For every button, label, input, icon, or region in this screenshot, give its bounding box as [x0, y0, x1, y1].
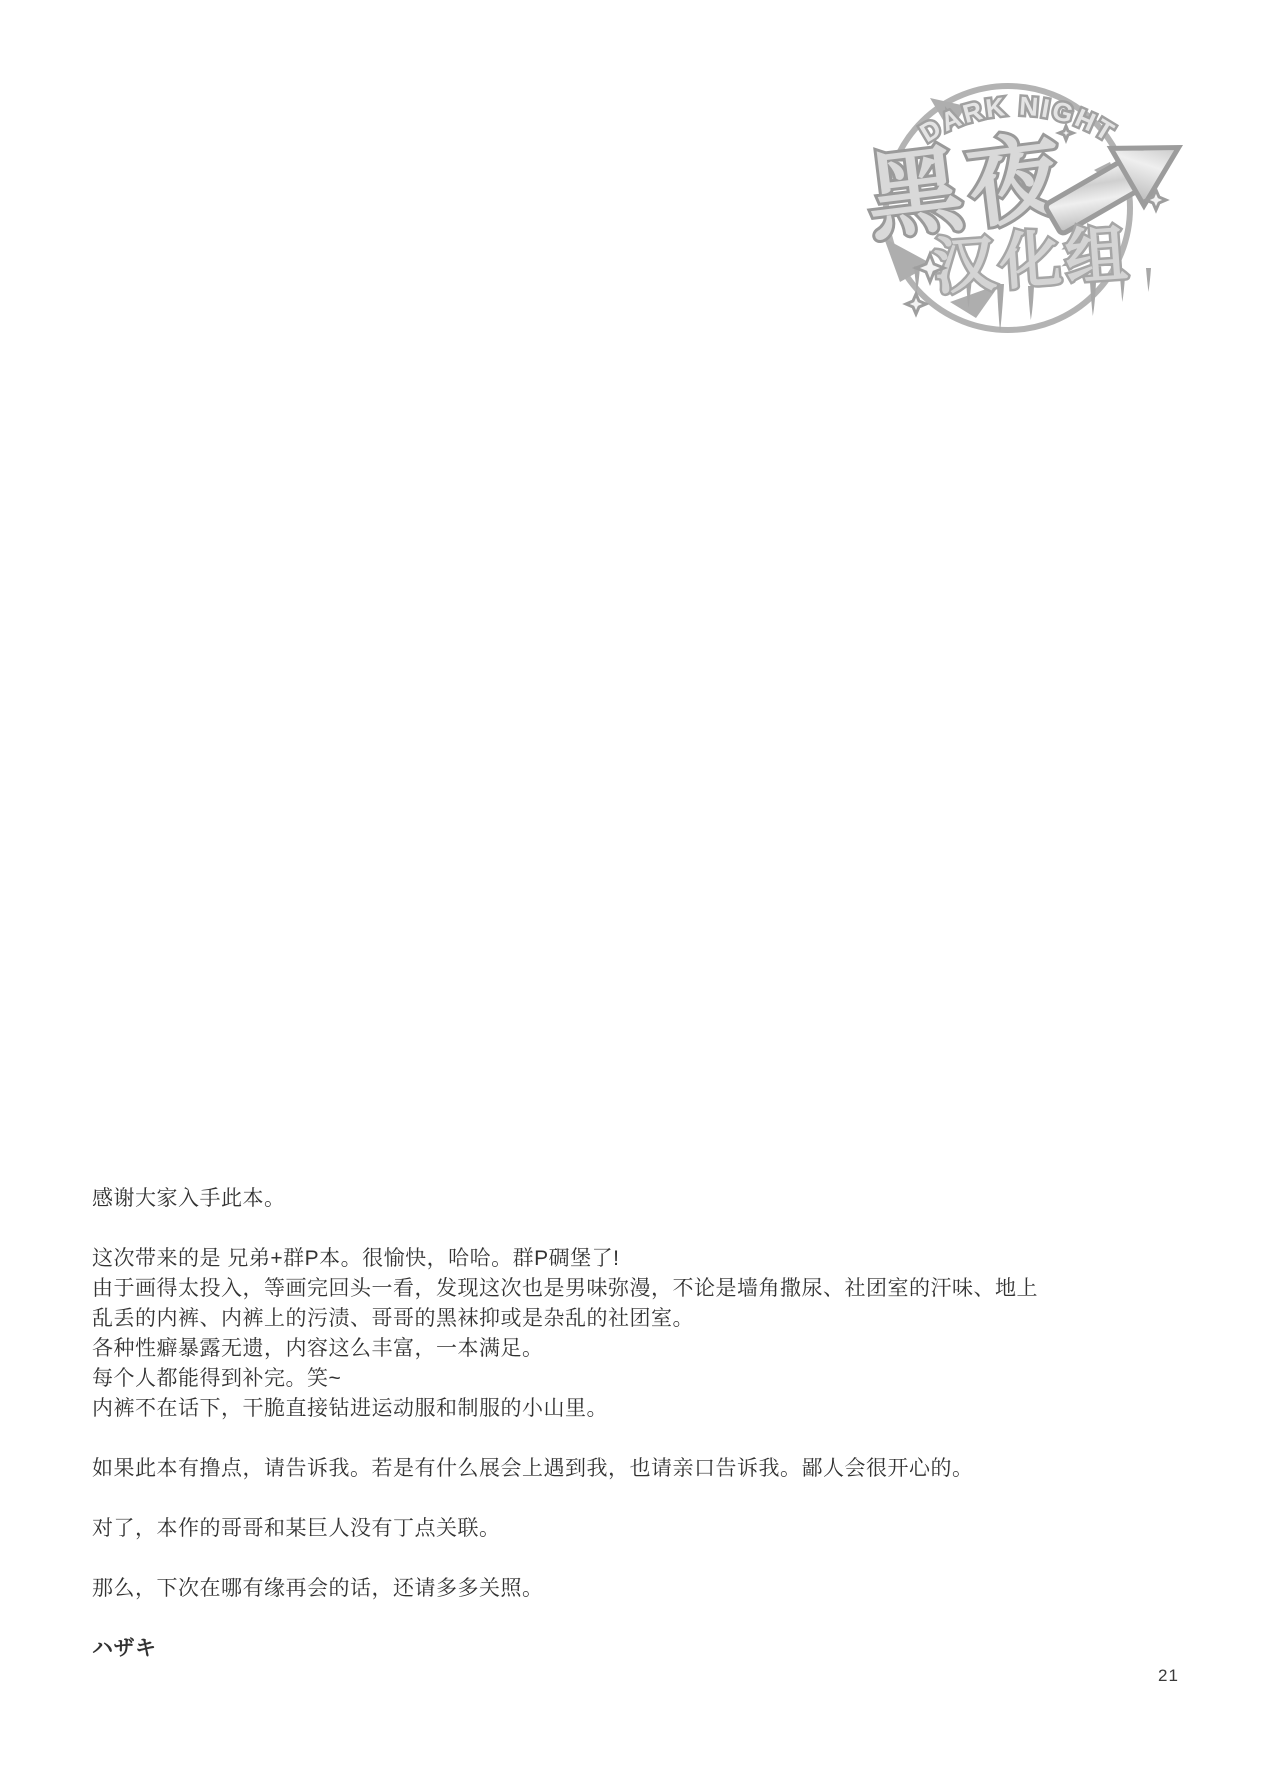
author-signature: ハザキ — [92, 1634, 1232, 1664]
afterword-paragraph: 对了，本作的哥哥和某巨人没有丁点关联。 — [92, 1514, 1232, 1544]
dark-night-scanlation-logo: 黑夜 DARK NIGHT 汉化组 — [858, 70, 1198, 340]
afterword-line: 内裤不在话下，干脆直接钻进运动服和制服的小山里。 — [92, 1394, 1232, 1424]
afterword-paragraph: 那么，下次在哪有缘再会的话，还请多多关照。 — [92, 1574, 1232, 1604]
afterword-line: 如果此本有撸点，请告诉我。若是有什么展会上遇到我，也请亲口告诉我。鄙人会很开心的… — [92, 1454, 1232, 1484]
afterword-paragraph: 这次带来的是 兄弟+群P本。很愉快，哈哈。群P碉堡了! 由于画得太投入，等画完回… — [92, 1244, 1232, 1424]
afterword-line: 感谢大家入手此本。 — [92, 1184, 1232, 1214]
afterword-line: 那么，下次在哪有缘再会的话，还请多多关照。 — [92, 1574, 1232, 1604]
logo-graphic: 黑夜 DARK NIGHT 汉化组 — [858, 70, 1198, 340]
afterword-line: 乱丢的内裤、内裤上的污渍、哥哥的黑袜抑或是杂乱的社团室。 — [92, 1304, 1232, 1334]
page-number: 21 — [1158, 1666, 1179, 1686]
afterword-line: 各种性癖暴露无遗，内容这么丰富，一本满足。 — [92, 1334, 1232, 1364]
afterword-line: 由于画得太投入，等画完回头一看，发现这次也是男味弥漫，不论是墙角撒尿、社团室的汗… — [92, 1274, 1232, 1304]
afterword-line: 每个人都能得到补完。笑~ — [92, 1364, 1232, 1394]
afterword-text: 感谢大家入手此本。 这次带来的是 兄弟+群P本。很愉快，哈哈。群P碉堡了! 由于… — [92, 1184, 1232, 1664]
afterword-line: ハザキ — [92, 1634, 1232, 1664]
afterword-paragraph: 感谢大家入手此本。 — [92, 1184, 1232, 1214]
afterword-paragraph: 如果此本有撸点，请告诉我。若是有什么展会上遇到我，也请亲口告诉我。鄙人会很开心的… — [92, 1454, 1232, 1484]
afterword-line: 对了，本作的哥哥和某巨人没有丁点关联。 — [92, 1514, 1232, 1544]
logo-sub-text: 汉化组 — [931, 220, 1133, 303]
scanned-page: { "page": { "background": "#ffffff", "pa… — [0, 0, 1280, 1780]
afterword-line: 这次带来的是 兄弟+群P本。很愉快，哈哈。群P碉堡了! — [92, 1244, 1232, 1274]
